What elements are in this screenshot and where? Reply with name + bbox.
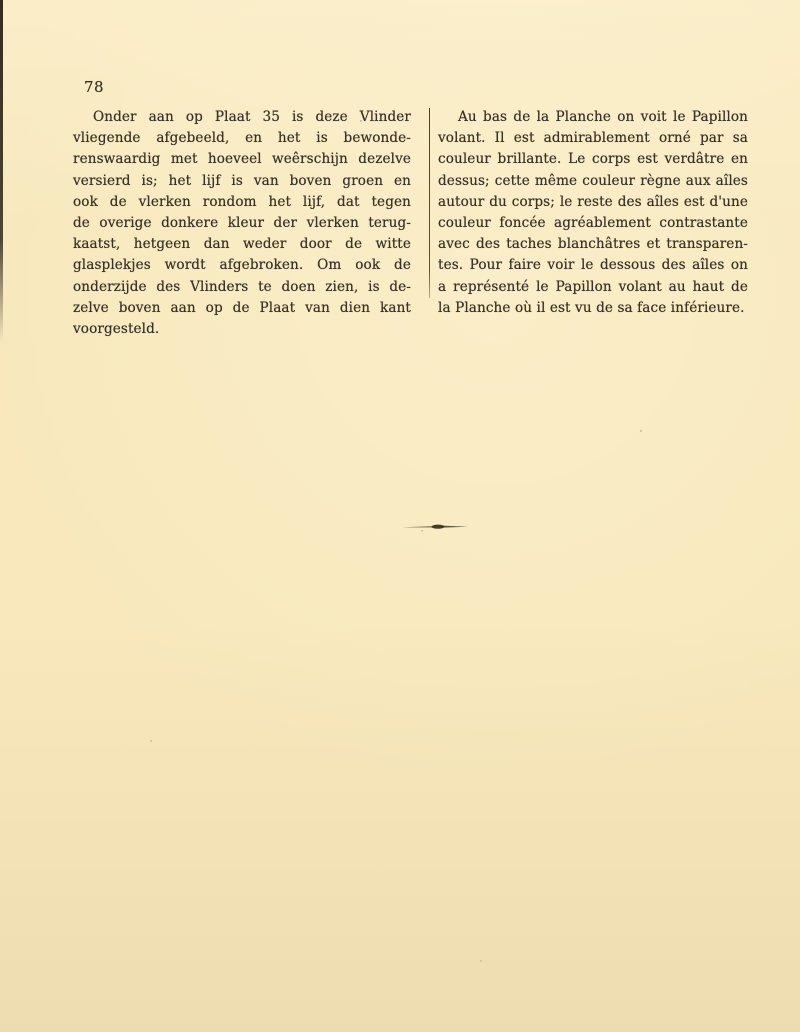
text-line: dessus; cette même couleur règne aux aîl… bbox=[438, 171, 748, 192]
text-line: Onder aan op Plaat 35 is deze Vlinder bbox=[73, 107, 411, 128]
text-line: glasplekjes wordt afgebroken. Om ook de bbox=[73, 255, 411, 276]
text-line: versierd is; het lijf is van boven groen… bbox=[73, 171, 411, 192]
text-line: couleur foncée agréablement contrastante bbox=[438, 213, 748, 234]
text-line: volant. Il est admirablement orné par sa bbox=[438, 128, 748, 149]
text-line: kaatst, hetgeen dan weder door de witte bbox=[73, 234, 411, 255]
text-line: avec des taches blanchâtres et transpare… bbox=[438, 234, 748, 255]
text-line: zelve boven aan op de Plaat van dien kan… bbox=[73, 298, 411, 319]
french-text-column: Au bas de la Planche on voit le Papillon… bbox=[438, 107, 748, 319]
book-page: 78 Onder aan op Plaat 35 is deze Vlinder… bbox=[0, 0, 800, 1032]
text-line: vliegende afgebeeld, en het is bewonde- bbox=[73, 128, 411, 149]
text-line: renswaardig met hoeveel weêrschijn dezel… bbox=[73, 149, 411, 170]
text-line: la Planche où il est vu de sa face infér… bbox=[438, 298, 748, 319]
tapered-rule-ornament-icon bbox=[402, 522, 468, 532]
text-line: de overige donkere kleur der vlerken ter… bbox=[73, 213, 411, 234]
text-line: couleur brillante. Le corps est verdâtre… bbox=[438, 149, 748, 170]
text-line: a représenté le Papillon volant au haut … bbox=[438, 277, 748, 298]
text-line: ook de vlerken rondom het lijf, dat tege… bbox=[73, 192, 411, 213]
text-line: voorgesteld. bbox=[73, 319, 411, 340]
text-line: onderzijde des Vlinders te doen zien, is… bbox=[73, 277, 411, 298]
dutch-text-column: Onder aan op Plaat 35 is deze Vlindervli… bbox=[73, 107, 411, 340]
column-divider-rule bbox=[429, 108, 430, 298]
page-number: 78 bbox=[84, 78, 104, 96]
text-line: tes. Pour faire voir le dessous des aîle… bbox=[438, 255, 748, 276]
text-line: autour du corps; le reste des aîles est … bbox=[438, 192, 748, 213]
scan-left-edge-shadow bbox=[0, 0, 3, 342]
text-line: Au bas de la Planche on voit le Papillon bbox=[438, 107, 748, 128]
